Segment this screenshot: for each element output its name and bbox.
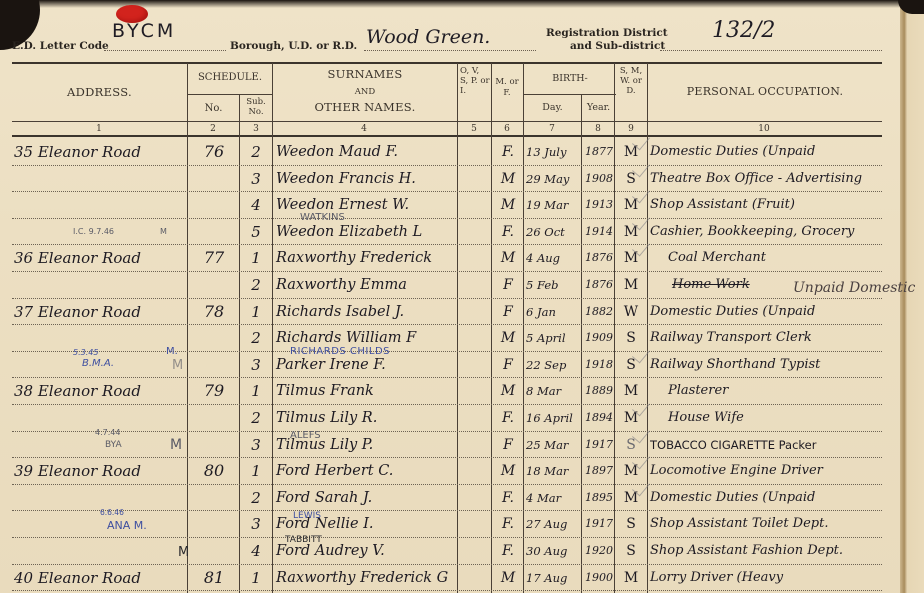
occupation-cell: Shop Assistant (Fruit) bbox=[650, 194, 890, 216]
birth-day-cell: 17 Aug bbox=[524, 567, 582, 589]
occupation-cell: Theatre Box Office - Advertising bbox=[650, 168, 890, 190]
annotation-alefs: ALEFS bbox=[290, 430, 321, 441]
row-divider bbox=[12, 244, 882, 245]
annotation-tabbitt: TABBITT bbox=[285, 535, 322, 545]
sex-cell: M bbox=[492, 380, 524, 402]
sex-cell: F bbox=[492, 354, 524, 376]
sub-number-cell: 4 bbox=[241, 194, 271, 216]
address-cell: 38 Eleanor Road bbox=[12, 380, 186, 402]
annotation-audrey-m: M bbox=[178, 545, 189, 560]
address-cell: 37 Eleanor Road bbox=[12, 301, 186, 323]
column-number: 7 bbox=[537, 124, 567, 134]
occupation-cell: House Wife bbox=[650, 407, 890, 429]
sex-cell: M bbox=[492, 247, 524, 269]
birth-day-cell: 16 April bbox=[524, 407, 582, 429]
birth-year-cell: 1894 bbox=[582, 407, 616, 429]
name-cell: Ford Herbert C. bbox=[276, 460, 458, 482]
schedule-number-cell: 80 bbox=[188, 460, 240, 482]
sub-number-cell: 1 bbox=[241, 301, 271, 323]
birth-year-cell: 1876 bbox=[582, 274, 616, 296]
birth-day-cell: 22 Sep bbox=[524, 354, 582, 376]
col-divider bbox=[239, 94, 240, 593]
registration-label-2: and Sub-district bbox=[570, 40, 665, 52]
birth-year-cell: 1900 bbox=[582, 567, 616, 589]
sex-cell: M bbox=[492, 168, 524, 190]
name-cell: Raxworthy Emma bbox=[276, 274, 458, 296]
sub-number-cell: 4 bbox=[241, 540, 271, 562]
sub-number-cell: 3 bbox=[241, 354, 271, 376]
condition-cell: W bbox=[616, 301, 646, 323]
sub-number-cell: 2 bbox=[241, 487, 271, 509]
column-number: 3 bbox=[241, 124, 271, 134]
birth-year-cell: 1914 bbox=[582, 221, 616, 243]
schedule-number-cell: 79 bbox=[188, 380, 240, 402]
birth-year-cell: 1897 bbox=[582, 460, 616, 482]
occupation-cell: Railway Transport Clerk bbox=[650, 327, 890, 349]
birth-day-cell: 13 July bbox=[524, 141, 582, 163]
col-divider bbox=[647, 63, 648, 593]
ed-letter-code-label: E.D. Letter Code bbox=[12, 40, 109, 52]
annotation-bya-date: 4.7.44 bbox=[95, 428, 120, 437]
annotation-bya-m: M bbox=[170, 437, 182, 453]
birth-year-cell: 1877 bbox=[582, 141, 616, 163]
col-divider bbox=[272, 63, 273, 593]
borough-label: Borough, U.D. or R.D. bbox=[230, 40, 357, 52]
sex-cell: M bbox=[492, 194, 524, 216]
row-divider bbox=[12, 537, 882, 538]
annotation-richards-childs: RICHARDS CHILDS bbox=[290, 346, 390, 357]
sex-cell: F bbox=[492, 274, 524, 296]
annotation-ana: ANA M. bbox=[107, 519, 147, 532]
row-divider bbox=[12, 457, 882, 458]
row-divider bbox=[12, 351, 882, 352]
col-header-other-names: OTHER NAMES. bbox=[273, 101, 457, 114]
annotation-bma: B.M.A. bbox=[82, 358, 114, 369]
birth-year-cell: 1882 bbox=[582, 301, 616, 323]
birth-year-cell: 1917 bbox=[582, 434, 616, 456]
column-number: 4 bbox=[349, 124, 379, 134]
birth-sub-rule bbox=[524, 94, 616, 95]
sex-cell: M bbox=[492, 327, 524, 349]
row-divider bbox=[12, 564, 882, 565]
birth-day-cell: 5 Feb bbox=[524, 274, 582, 296]
sub-number-cell: 1 bbox=[241, 247, 271, 269]
row-divider bbox=[12, 324, 882, 325]
col-header-condition: S, M, W. or D. bbox=[618, 66, 644, 96]
birth-day-cell: 4 Aug bbox=[524, 247, 582, 269]
birth-day-cell: 30 Aug bbox=[524, 540, 582, 562]
row-divider bbox=[12, 298, 882, 299]
column-number: 6 bbox=[492, 124, 522, 134]
sub-number-cell: 2 bbox=[241, 274, 271, 296]
sub-number-cell: 1 bbox=[241, 567, 271, 589]
col-header-birth-year: Year. bbox=[582, 103, 615, 114]
birth-day-cell: 4 Mar bbox=[524, 487, 582, 509]
annotation-bma-m2: M bbox=[172, 358, 183, 373]
sex-cell: F. bbox=[492, 407, 524, 429]
name-cell: Raxworthy Frederick G bbox=[276, 567, 458, 589]
address-cell: 40 Eleanor Road bbox=[12, 567, 186, 589]
birth-year-cell: 1908 bbox=[582, 168, 616, 190]
column-number: 10 bbox=[749, 124, 779, 134]
name-cell: Tilmus Frank bbox=[276, 380, 458, 402]
name-cell: Parker Irene F. bbox=[276, 354, 458, 376]
sub-number-cell: 3 bbox=[241, 434, 271, 456]
name-cell: Weedon Maud F. bbox=[276, 141, 458, 163]
dotted-line bbox=[104, 50, 226, 51]
column-number: 2 bbox=[198, 124, 228, 134]
col-header-surnames: SURNAMES bbox=[273, 68, 457, 81]
address-cell: 39 Eleanor Road bbox=[12, 460, 186, 482]
ed-letter-code-value: BYCM bbox=[112, 20, 176, 42]
schedule-number-cell: 81 bbox=[188, 567, 240, 589]
occupation-cell: Railway Shorthand Typist bbox=[650, 354, 890, 376]
col-header-schedule-no: No. bbox=[188, 103, 239, 115]
occupation-cell: Plasterer bbox=[650, 380, 890, 402]
annotation-lewis: LEWIS bbox=[293, 511, 321, 521]
name-cell: Raxworthy Frederick bbox=[276, 247, 458, 269]
birth-day-cell: 25 Mar bbox=[524, 434, 582, 456]
sub-number-cell: 3 bbox=[241, 168, 271, 190]
sex-cell: M bbox=[492, 460, 524, 482]
row-divider bbox=[12, 271, 882, 272]
occupation-cell: Locomotive Engine Driver bbox=[650, 460, 890, 482]
annotation-unpaid-domestic: Unpaid Domestic bbox=[793, 280, 915, 296]
birth-year-cell: 1895 bbox=[582, 487, 616, 509]
occupation-cell: Domestic Duties (Unpaid bbox=[650, 141, 890, 163]
dotted-line bbox=[660, 50, 882, 51]
annotation-ic-label: I.C. 9.7.46 bbox=[73, 227, 114, 236]
occupation-cell: Domestic Duties (Unpaid bbox=[650, 487, 890, 509]
sub-number-cell: 1 bbox=[241, 380, 271, 402]
row-divider bbox=[12, 165, 882, 166]
col-header-address: ADDRESS. bbox=[12, 86, 187, 99]
row-divider bbox=[12, 510, 882, 511]
birth-year-cell: 1889 bbox=[582, 380, 616, 402]
birth-year-cell: 1920 bbox=[582, 540, 616, 562]
sub-number-cell: 5 bbox=[241, 221, 271, 243]
name-cell: Tilmus Lily R. bbox=[276, 407, 458, 429]
occupation-cell: Lorry Driver (Heavy bbox=[650, 567, 890, 589]
dotted-line bbox=[364, 50, 536, 51]
name-cell: Richards Isabel J. bbox=[276, 301, 458, 323]
header-rule bbox=[12, 121, 882, 122]
name-cell: Weedon Francis H. bbox=[276, 168, 458, 190]
number-rule bbox=[12, 135, 882, 137]
annotation-ic-m: M bbox=[160, 227, 167, 236]
address-cell: 35 Eleanor Road bbox=[12, 141, 186, 163]
schedule-number-cell: 76 bbox=[188, 141, 240, 163]
occupation-cell: Shop Assistant Fashion Dept. bbox=[650, 540, 890, 562]
sex-cell: F. bbox=[492, 221, 524, 243]
column-number: 1 bbox=[84, 124, 114, 134]
occupation-cell: Cashier, Bookkeeping, Grocery bbox=[650, 221, 890, 243]
sub-number-cell: 3 bbox=[241, 513, 271, 535]
registration-value: 132/2 bbox=[712, 18, 775, 43]
book-gutter bbox=[900, 0, 924, 593]
sex-cell: F. bbox=[492, 540, 524, 562]
sex-cell: F. bbox=[492, 513, 524, 535]
sub-number-cell: 2 bbox=[241, 407, 271, 429]
column-number: 5 bbox=[459, 124, 489, 134]
annotation-bma-m: M. bbox=[166, 346, 178, 357]
registration-label-1: Registration District bbox=[546, 27, 668, 39]
condition-cell: M bbox=[616, 567, 646, 589]
occupation-cell: Domestic Duties (Unpaid bbox=[650, 301, 890, 323]
birth-day-cell: 5 April bbox=[524, 327, 582, 349]
annotation-ana-date: 6.6.46 bbox=[100, 508, 124, 517]
row-divider bbox=[12, 218, 882, 219]
col-header-schedule: SCHEDULE. bbox=[188, 72, 272, 84]
table-top-rule bbox=[12, 62, 882, 64]
col-header-schedule-sub: Sub. No. bbox=[243, 98, 269, 118]
col-header-sex: M. or F. bbox=[494, 77, 520, 99]
schedule-sub-rule bbox=[188, 94, 272, 95]
sex-cell: M bbox=[492, 567, 524, 589]
birth-day-cell: 27 Aug bbox=[524, 513, 582, 535]
col-header-ovspi: O, V, S, P. or I. bbox=[460, 66, 490, 96]
col-header-birth-day: Day. bbox=[524, 103, 581, 114]
sex-cell: F bbox=[492, 434, 524, 456]
row-divider bbox=[12, 377, 882, 378]
schedule-number-cell: 78 bbox=[188, 301, 240, 323]
col-header-and: AND bbox=[273, 88, 457, 98]
sub-number-cell: 2 bbox=[241, 141, 271, 163]
sex-cell: F. bbox=[492, 141, 524, 163]
condition-cell: S bbox=[616, 513, 646, 535]
sex-cell: F bbox=[492, 301, 524, 323]
condition-cell: S bbox=[616, 540, 646, 562]
annotation-bma-date: 5.3.45 bbox=[73, 348, 98, 357]
occupation-cell: TOBACCO CIGARETTE Packer bbox=[650, 434, 890, 456]
birth-day-cell: 29 May bbox=[524, 168, 582, 190]
schedule-number-cell: 77 bbox=[188, 247, 240, 269]
birth-day-cell: 19 Mar bbox=[524, 194, 582, 216]
condition-cell: M bbox=[616, 274, 646, 296]
col-header-birth: BIRTH- bbox=[524, 74, 616, 85]
occupation-cell: Coal Merchant bbox=[650, 247, 890, 269]
sub-number-cell: 2 bbox=[241, 327, 271, 349]
sex-cell: F. bbox=[492, 487, 524, 509]
annotation-watkins: WATKINS bbox=[300, 212, 345, 223]
birth-day-cell: 8 Mar bbox=[524, 380, 582, 402]
birth-year-cell: 1913 bbox=[582, 194, 616, 216]
column-number: 8 bbox=[583, 124, 613, 134]
birth-day-cell: 18 Mar bbox=[524, 460, 582, 482]
row-divider bbox=[12, 590, 882, 591]
census-register-page: E.D. Letter Code BYCM Borough, U.D. or R… bbox=[0, 0, 924, 593]
name-cell: Ford Sarah J. bbox=[276, 487, 458, 509]
col-header-occupation: PERSONAL OCCUPATION. bbox=[648, 86, 882, 99]
birth-year-cell: 1917 bbox=[582, 513, 616, 535]
annotation-bya: BYA bbox=[105, 440, 122, 450]
row-divider bbox=[12, 431, 882, 432]
row-divider bbox=[12, 191, 882, 192]
borough-value: Wood Green. bbox=[366, 26, 490, 48]
address-cell: 36 Eleanor Road bbox=[12, 247, 186, 269]
birth-year-cell: 1918 bbox=[582, 354, 616, 376]
row-divider bbox=[12, 484, 882, 485]
birth-year-cell: 1909 bbox=[582, 327, 616, 349]
birth-year-cell: 1876 bbox=[582, 247, 616, 269]
row-divider bbox=[12, 404, 882, 405]
name-cell: Weedon Elizabeth L bbox=[276, 221, 458, 243]
occupation-cell: Shop Assistant Toilet Dept. bbox=[650, 513, 890, 535]
sub-number-cell: 1 bbox=[241, 460, 271, 482]
birth-day-cell: 6 Jan bbox=[524, 301, 582, 323]
birth-day-cell: 26 Oct bbox=[524, 221, 582, 243]
